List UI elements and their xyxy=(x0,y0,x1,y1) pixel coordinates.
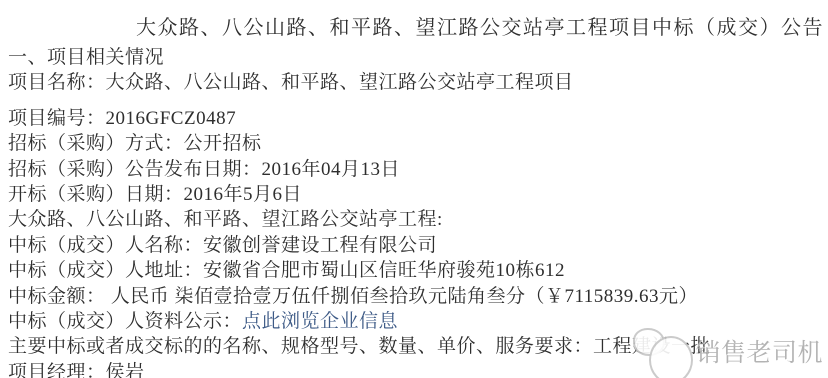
bid-announcement-document: 大众路、八公山路、和平路、望江路公交站亭工程项目中标（成交）公告 一、项目相关情… xyxy=(0,0,828,378)
field-project-number: 项目编号：2016GFCZ0487 xyxy=(8,106,828,131)
field-project-name: 项目名称：大众路、八公山路、和平路、望江路公交站亭工程项目 xyxy=(8,70,828,95)
field-bid-opening-date: 开标（采购）日期：2016年5月6日 xyxy=(8,182,828,207)
field-bid-amount: 中标金额： 人民币 柒佰壹拾壹万伍仟捌佰叁拾玖元陆角叁分（￥7115839.63… xyxy=(8,284,828,309)
section-heading: 一、项目相关情况 xyxy=(8,45,828,70)
field-bidding-method: 招标（采购）方式：公开招标 xyxy=(8,131,828,156)
winner-info-link[interactable]: 点此浏览企业信息 xyxy=(242,311,398,332)
field-winner-name: 中标（成交）人名称：安徽创誉建设工程有限公司 xyxy=(8,233,828,258)
page-title: 大众路、八公山路、和平路、望江路公交站亭工程项目中标（成交）公告 xyxy=(0,0,828,42)
field-winner-address: 中标（成交）人地址：安徽省合肥市蜀山区信旺华府骏苑10栋612 xyxy=(8,258,828,283)
winner-info-label: 中标（成交）人资料公示： xyxy=(8,311,242,332)
field-announcement-publish-date: 招标（采购）公告发布日期：2016年04月13日 xyxy=(8,157,828,182)
project-sub-heading: 大众路、八公山路、和平路、望江路公交站亭工程: xyxy=(8,207,828,232)
announcement-body: 一、项目相关情况 项目名称：大众路、八公山路、和平路、望江路公交站亭工程项目 项… xyxy=(0,45,828,378)
field-subject-details: 主要中标或者成交标的的名称、规格型号、数量、单价、服务要求：工程建设一批 xyxy=(8,334,828,359)
field-project-manager: 项目经理：侯岩 xyxy=(8,360,828,378)
field-winner-info: 中标（成交）人资料公示：点此浏览企业信息 xyxy=(8,309,828,334)
